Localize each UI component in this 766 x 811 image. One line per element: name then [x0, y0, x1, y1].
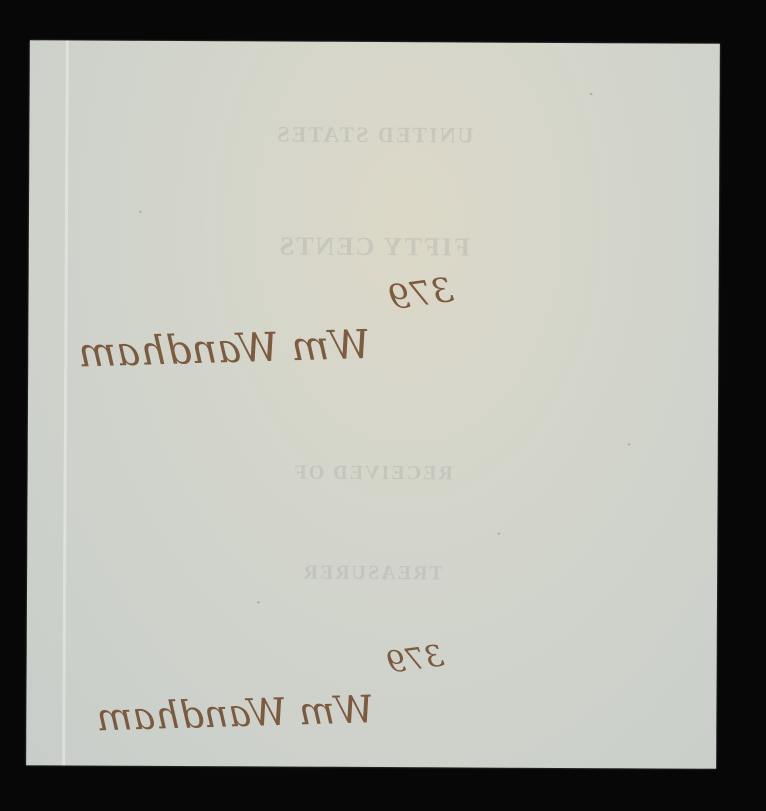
show-through-text: TREASURER: [27, 560, 717, 587]
paper-speck: [139, 211, 142, 213]
handwritten-number: 379: [386, 270, 456, 318]
paper-speck: [590, 93, 593, 95]
show-through-text: UNITED STATES: [29, 120, 719, 150]
handwritten-number: 379: [385, 639, 446, 681]
paper-speck: [497, 533, 500, 535]
paper-speck: [628, 443, 631, 445]
paper-speck: [257, 601, 260, 603]
show-through-text: RECEIVED OF: [28, 460, 718, 487]
handwritten-name: Wm Wandham: [78, 322, 371, 377]
fold-line: [62, 40, 69, 765]
paper-sheet: UNITED STATES FIFTY CENTS RECEIVED OF TR…: [26, 40, 720, 769]
show-through-text: FIFTY CENTS: [29, 230, 719, 264]
handwritten-name: Wm Wandham: [96, 687, 375, 739]
